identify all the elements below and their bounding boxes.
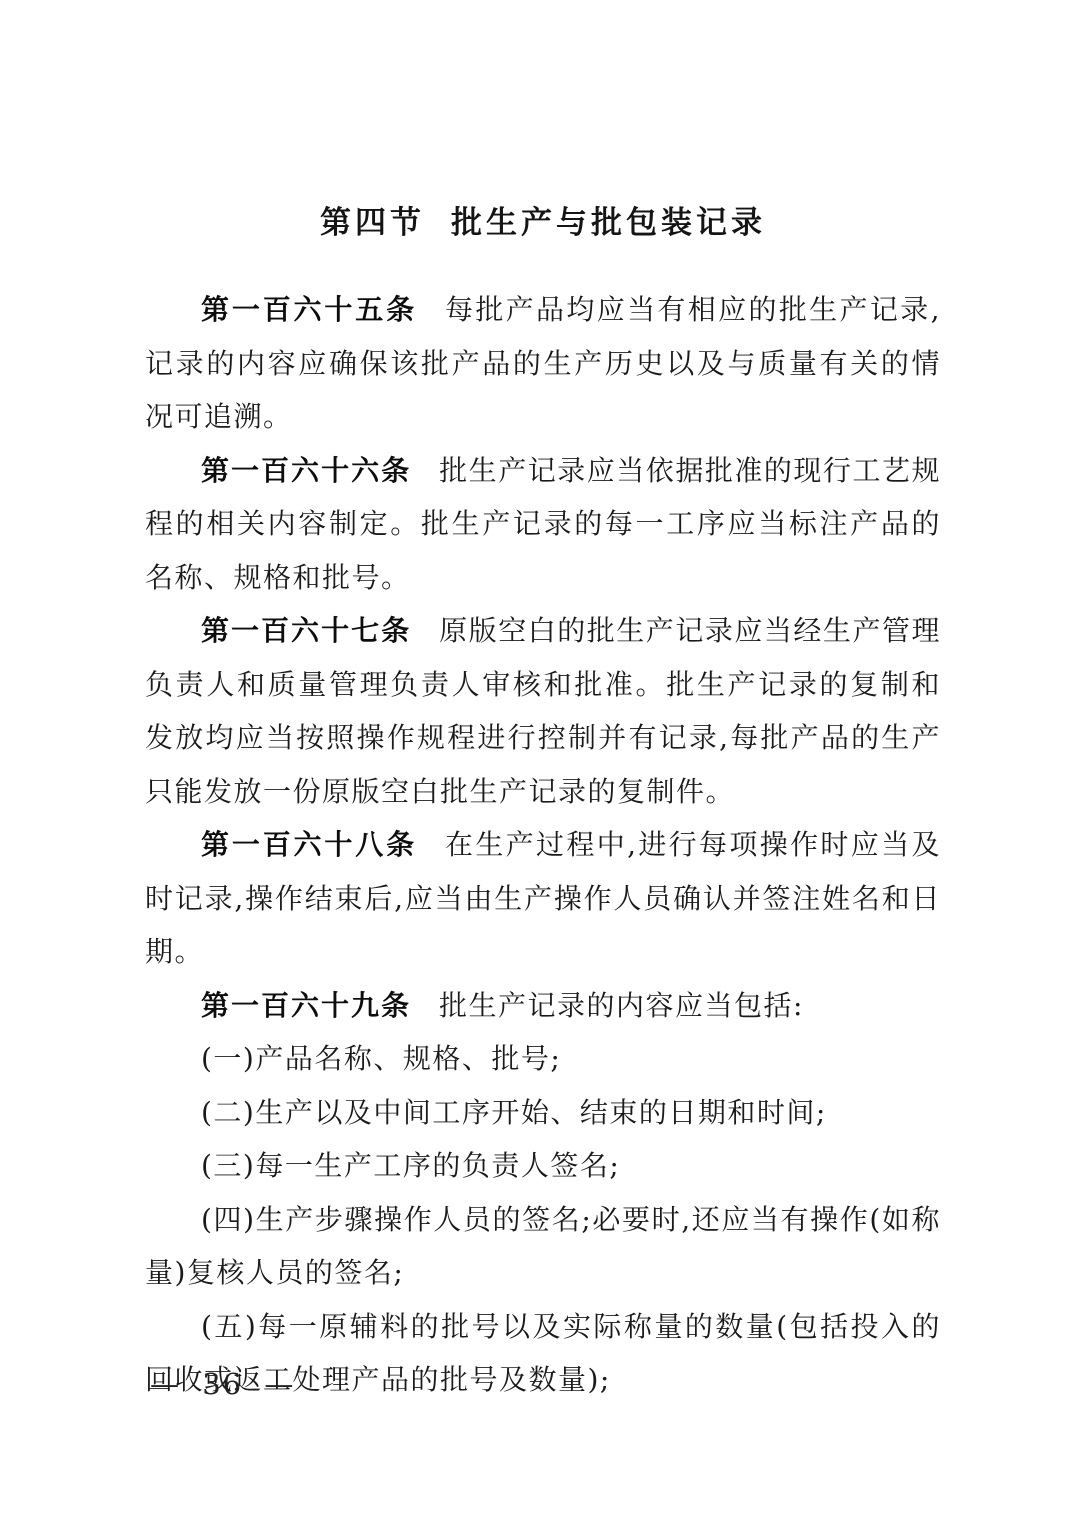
article-168: 第一百六十八条在生产过程中,进行每项操作时应当及时记录,操作结束后,应当由生产操…	[145, 818, 941, 979]
article-167-label: 第一百六十七条	[201, 614, 411, 647]
section-number: 第四节	[320, 205, 425, 241]
article-169-item-3: (三)每一生产工序的负责人签名;	[145, 1139, 941, 1193]
article-169-item-2: (二)生产以及中间工序开始、结束的日期和时间;	[145, 1086, 941, 1140]
article-168-label: 第一百六十八条	[201, 828, 417, 861]
article-165: 第一百六十五条每批产品均应当有相应的批生产记录,记录的内容应确保该批产品的生产历…	[145, 283, 941, 444]
section-title: 第四节批生产与批包装记录	[145, 0, 941, 243]
article-166-label: 第一百六十六条	[201, 454, 411, 487]
article-165-label: 第一百六十五条	[201, 293, 417, 326]
article-169-label: 第一百六十九条	[201, 989, 411, 1022]
article-167: 第一百六十七条原版空白的批生产记录应当经生产管理负责人和质量管理负责人审核和批准…	[145, 604, 941, 818]
article-169-item-4: (四)生产步骤操作人员的签名;必要时,还应当有操作(如称量)复核人员的签名;	[145, 1193, 941, 1300]
section-name: 批生产与批包装记录	[451, 205, 766, 241]
article-169-text: 批生产记录的内容应当包括:	[439, 989, 804, 1022]
document-body: 第一百六十五条每批产品均应当有相应的批生产记录,记录的内容应确保该批产品的生产历…	[145, 283, 941, 1407]
document-page: 第四节批生产与批包装记录 第一百六十五条每批产品均应当有相应的批生产记录,记录的…	[145, 0, 941, 1527]
document-page-background: { "doc": { "section": { "number": "第四节",…	[0, 0, 1080, 1527]
article-169-item-1: (一)产品名称、规格、批号;	[145, 1032, 941, 1086]
article-169: 第一百六十九条批生产记录的内容应当包括:	[145, 979, 941, 1033]
page-number: — 36 —	[150, 1367, 295, 1401]
article-166: 第一百六十六条批生产记录应当依据批准的现行工艺规程的相关内容制定。批生产记录的每…	[145, 444, 941, 605]
